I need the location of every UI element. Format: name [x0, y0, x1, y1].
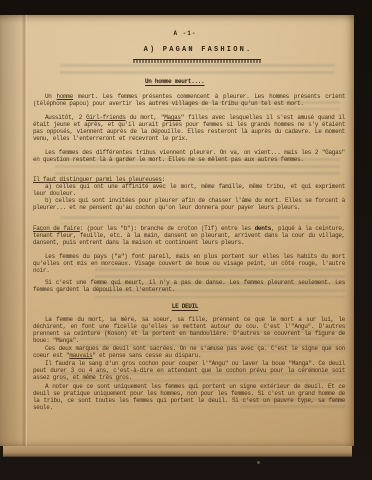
page-left-edge: [0, 15, 21, 446]
title-underline-rule: [133, 59, 261, 63]
paragraph: Un homme meurt. Les femmes présentes com…: [33, 93, 345, 107]
paragraph: Façon de faire: (pour les "b"): branche …: [33, 225, 345, 246]
document-page: A -1- A) PAGAN FASHION. Un homme meurt..…: [0, 15, 354, 446]
page-fold-crease: [21, 15, 27, 446]
page-number: A -1-: [140, 30, 230, 37]
list-item-b: b) celles qui sont invitées pour pleurer…: [33, 197, 345, 211]
ink-bleedthrough: [60, 64, 335, 78]
paragraph: Si c'est une femme qui meurt, il n'y a p…: [33, 279, 345, 293]
document-title: A) PAGAN FASHION.: [118, 47, 278, 54]
paragraph: La femme du mort, sa mère, sa soeur, sa …: [33, 316, 345, 344]
paragraph: A noter que ce sont uniquement les femme…: [33, 383, 345, 411]
list-item-a: a) celles qui ont une affinité avec le m…: [33, 183, 345, 197]
paragraph: Il faudra le sang d'un gros cochon pour …: [33, 360, 345, 381]
underlying-page-edge: [3, 446, 352, 457]
section-heading-le-deuil: LE DEUIL: [140, 303, 230, 310]
paragraph: Les femmes des différentes tribus vienne…: [33, 149, 345, 163]
scan-background: A -1- A) PAGAN FASHION. Un homme meurt..…: [0, 0, 372, 480]
ink-bleedthrough: [60, 216, 340, 224]
paragraph: Ces deux marques de deuil sont sacrées. …: [33, 345, 345, 359]
paragraph: Aussitôt, 2 Girl-friends du mort, "Magas…: [33, 114, 345, 142]
paragraph: Les femmes du pays ("a") font pareil, ma…: [33, 253, 345, 274]
dust-speck: [257, 461, 260, 464]
paragraph: Il faut distinguer parmi les pleureuses:: [33, 176, 345, 183]
section-heading-un-homme-meurt: Un homme meurt....: [145, 78, 204, 85]
